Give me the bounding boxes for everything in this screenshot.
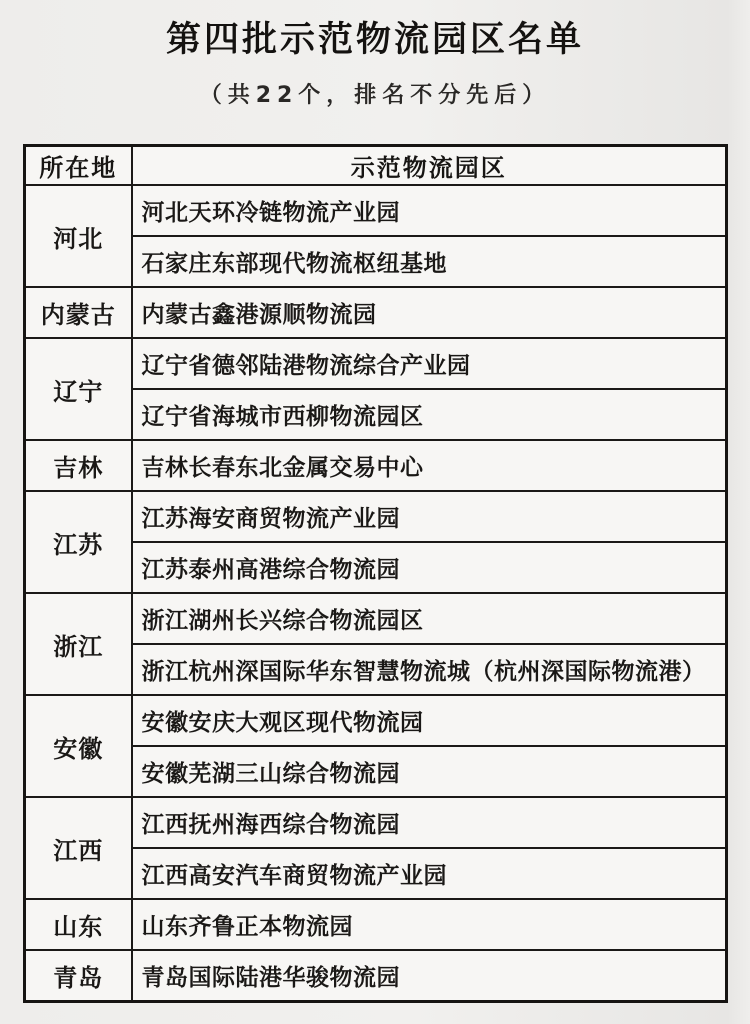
- table-row: 吉林吉林长春东北金属交易中心: [25, 440, 727, 491]
- page-subtitle: （共22个，排名不分先后）: [0, 78, 750, 109]
- page-title: 第四批示范物流园区名单: [0, 0, 750, 62]
- table-row: 辽宁辽宁省德邻陆港物流综合产业园: [25, 338, 727, 389]
- park-cell: 辽宁省海城市西柳物流园区: [132, 389, 727, 440]
- park-cell: 江苏泰州高港综合物流园: [132, 542, 727, 593]
- location-cell: 江西: [25, 797, 132, 899]
- location-cell: 安徽: [25, 695, 132, 797]
- park-cell: 石家庄东部现代物流枢纽基地: [132, 236, 727, 287]
- park-cell: 安徽芜湖三山综合物流园: [132, 746, 727, 797]
- table-row: 江苏江苏海安商贸物流产业园: [25, 491, 727, 542]
- park-cell: 吉林长春东北金属交易中心: [132, 440, 727, 491]
- parks-table-body: 河北河北天环冷链物流产业园石家庄东部现代物流枢纽基地内蒙古内蒙古鑫港源顺物流园辽…: [25, 185, 727, 1002]
- location-cell: 内蒙古: [25, 287, 132, 338]
- park-cell: 内蒙古鑫港源顺物流园: [132, 287, 727, 338]
- location-cell: 青岛: [25, 950, 132, 1002]
- park-cell: 河北天环冷链物流产业园: [132, 185, 727, 236]
- park-cell: 江西高安汽车商贸物流产业园: [132, 848, 727, 899]
- location-cell: 江苏: [25, 491, 132, 593]
- table-row: 浙江浙江湖州长兴综合物流园区: [25, 593, 727, 644]
- park-cell: 青岛国际陆港华骏物流园: [132, 950, 727, 1002]
- location-cell: 山东: [25, 899, 132, 950]
- location-cell: 浙江: [25, 593, 132, 695]
- table-row: 河北河北天环冷链物流产业园: [25, 185, 727, 236]
- park-cell: 山东齐鲁正本物流园: [132, 899, 727, 950]
- park-cell: 江苏海安商贸物流产业园: [132, 491, 727, 542]
- table-header-row: 所在地 示范物流园区: [25, 146, 727, 186]
- table-row: 青岛青岛国际陆港华骏物流园: [25, 950, 727, 1002]
- column-header-park: 示范物流园区: [132, 146, 727, 186]
- table-row: 安徽安徽安庆大观区现代物流园: [25, 695, 727, 746]
- column-header-location: 所在地: [25, 146, 132, 186]
- table-row: 内蒙古内蒙古鑫港源顺物流园: [25, 287, 727, 338]
- table-row: 山东山东齐鲁正本物流园: [25, 899, 727, 950]
- location-cell: 辽宁: [25, 338, 132, 440]
- park-cell: 安徽安庆大观区现代物流园: [132, 695, 727, 746]
- logistics-parks-table: 所在地 示范物流园区 河北河北天环冷链物流产业园石家庄东部现代物流枢纽基地内蒙古…: [23, 144, 728, 1003]
- location-cell: 河北: [25, 185, 132, 287]
- park-cell: 浙江杭州深国际华东智慧物流城（杭州深国际物流港）: [132, 644, 727, 695]
- table-row: 江西江西抚州海西综合物流园: [25, 797, 727, 848]
- park-cell: 浙江湖州长兴综合物流园区: [132, 593, 727, 644]
- park-cell: 江西抚州海西综合物流园: [132, 797, 727, 848]
- park-cell: 辽宁省德邻陆港物流综合产业园: [132, 338, 727, 389]
- location-cell: 吉林: [25, 440, 132, 491]
